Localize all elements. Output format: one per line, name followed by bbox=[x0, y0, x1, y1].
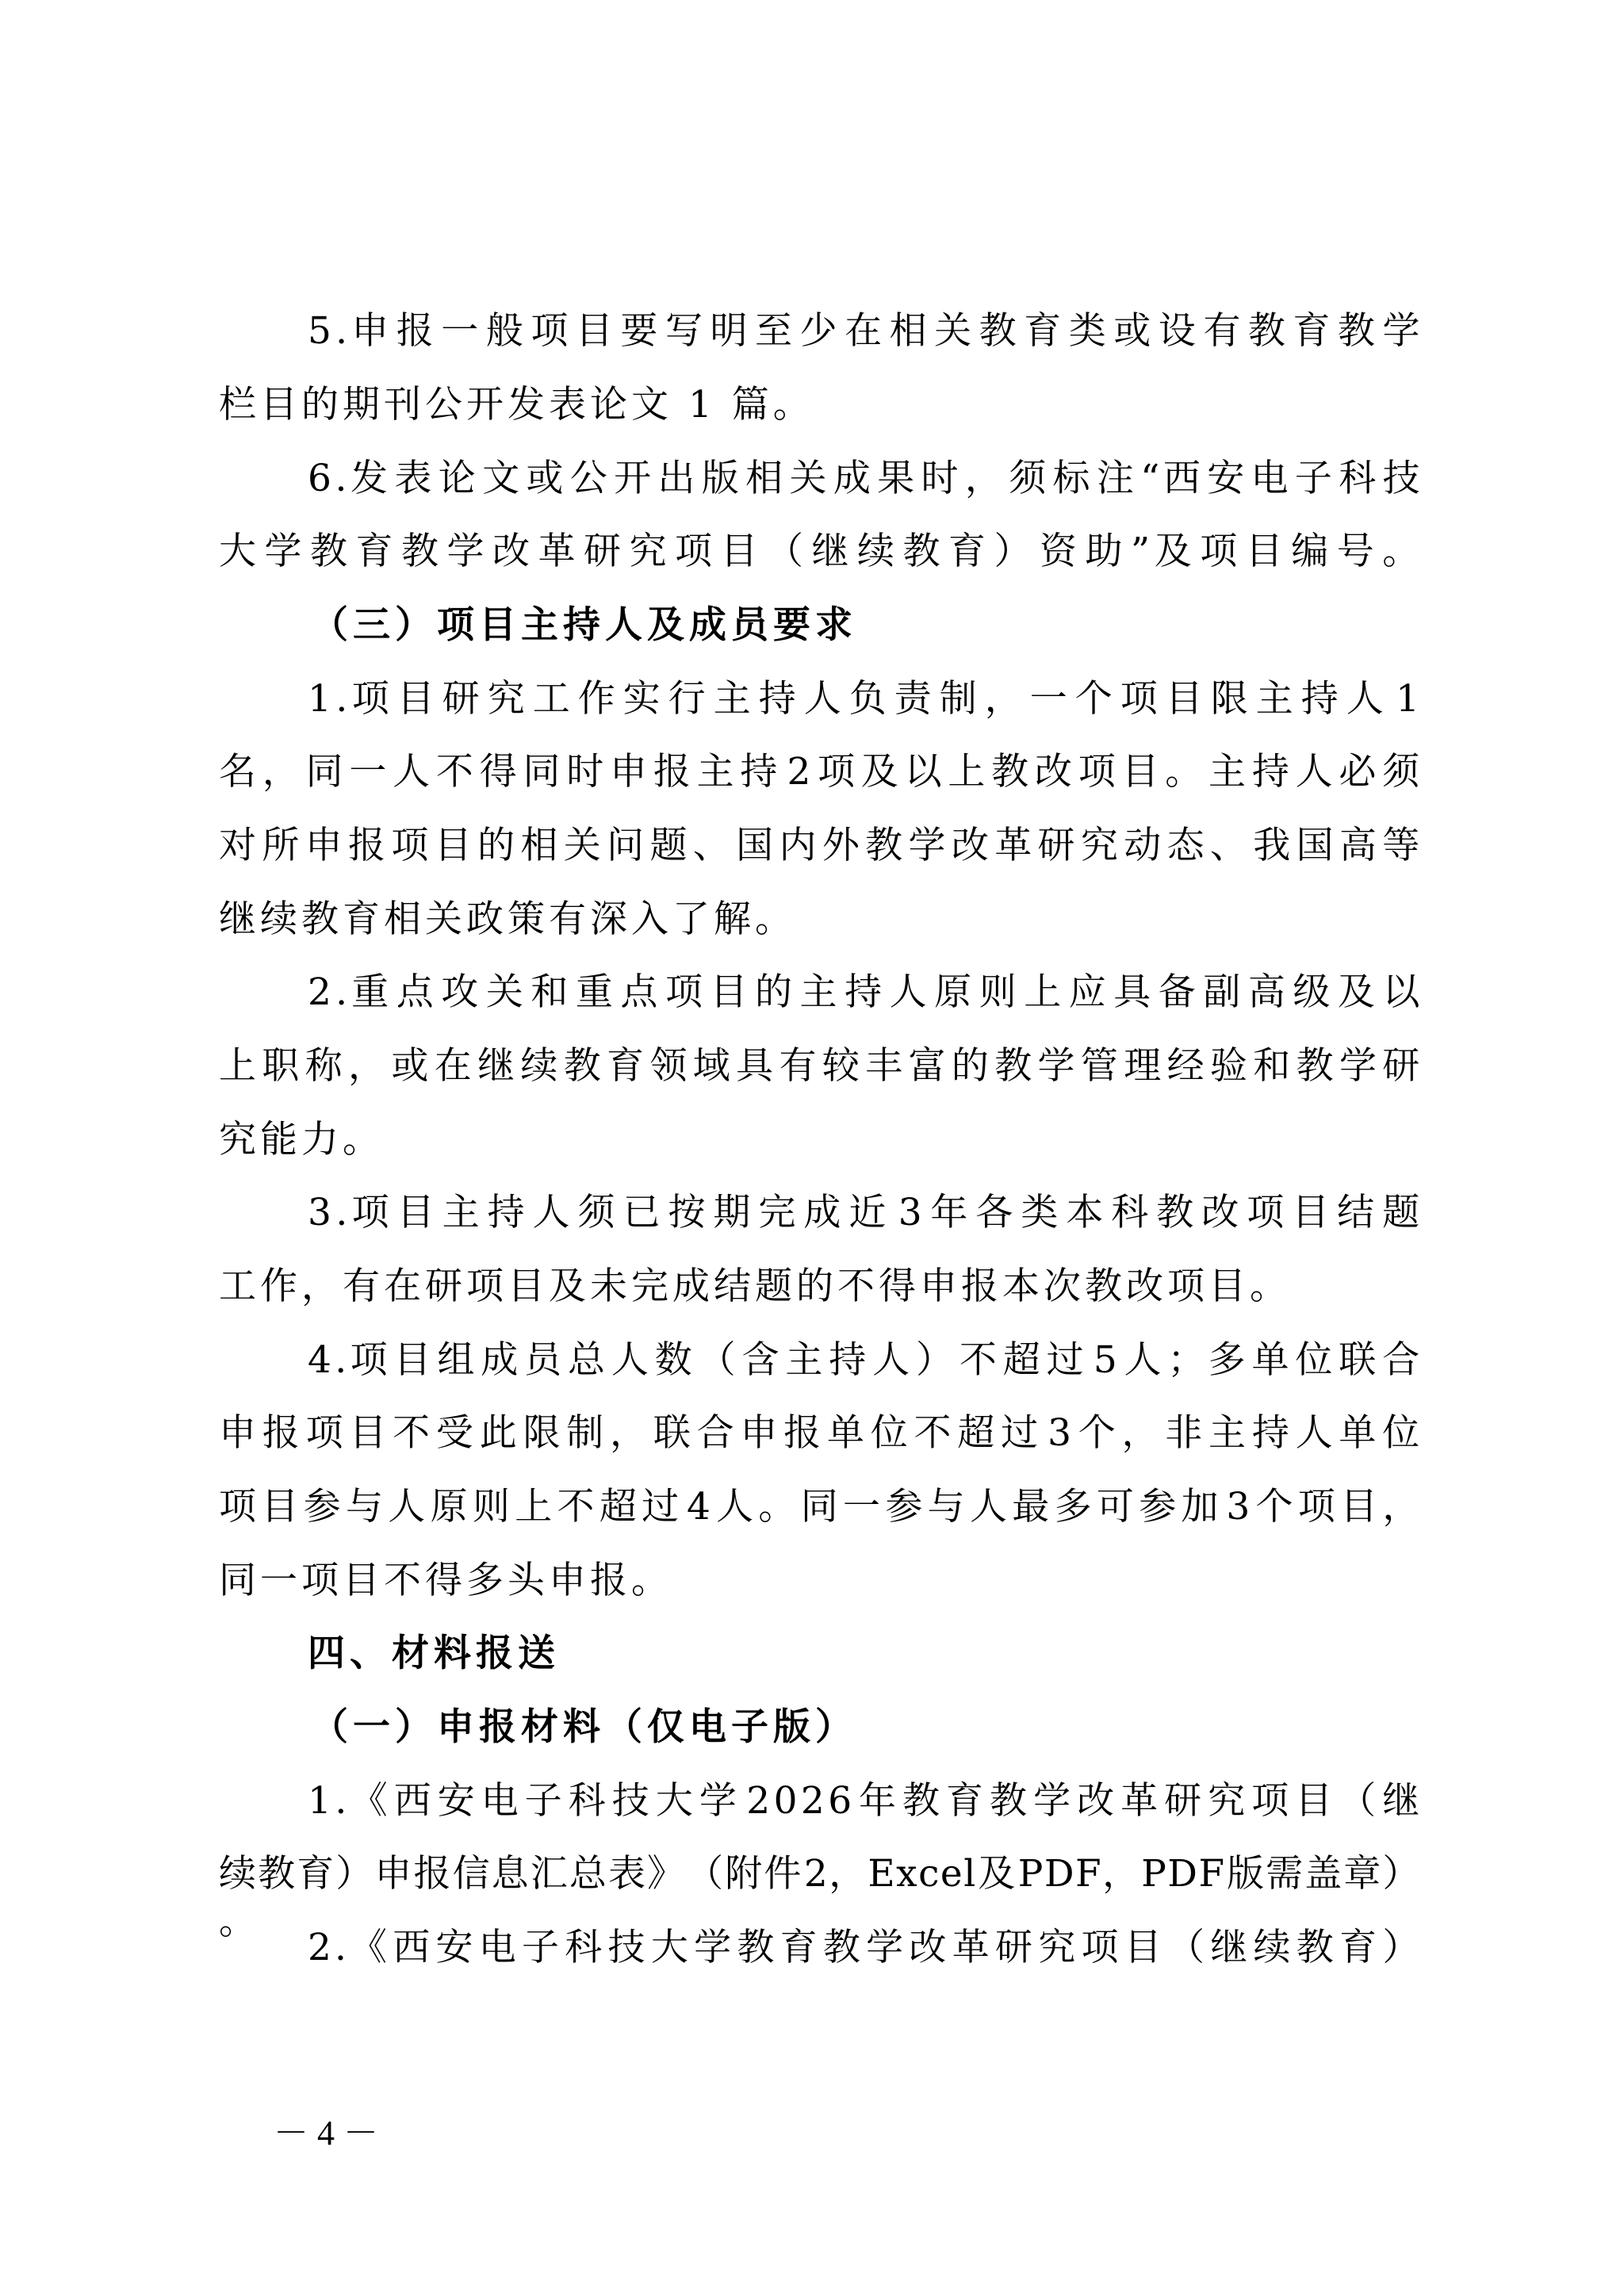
page-number: － 4 － bbox=[274, 2113, 378, 2154]
paragraph-line: 同一项目不得多头申报。 bbox=[219, 1557, 1419, 1605]
paragraph-line: 5​ .​ 申​ 报​ 一​ 般​ 项​ 目​ 要​ 写​ 明​ 至​ 少​ 在… bbox=[308, 308, 1419, 355]
section-heading: （一）申报材料（仅电子版） bbox=[311, 1704, 1419, 1751]
paragraph-line: 1​ .​ 《​ 西​ 安​ 电​ 子​ 科​ 技​ 大​ 学​ ​ 2​ 0​… bbox=[308, 1777, 1419, 1825]
paragraph-line: 继续教育相关政策有深入了解。 bbox=[219, 896, 1419, 943]
paragraph-line: 大​ 学​ 教​ 育​ 教​ 学​ 改​ 革​ 研​ 究​ 项​ 目​ （​ 继… bbox=[219, 528, 1419, 576]
paragraph-line: 申​ 报​ 项​ 目​ 不​ 受​ 此​ 限​ 制​ ，​ 联​ 合​ 申​ 报… bbox=[219, 1410, 1419, 1457]
paragraph-line: 6​ .​ 发​ 表​ 论​ 文​ 或​ 公​ 开​ 出​ 版​ 相​ 关​ 成… bbox=[308, 455, 1419, 503]
paragraph-line: 栏目的期刊公开发表论文 1 篇。 bbox=[219, 381, 1419, 429]
paragraph-line: 究能力。 bbox=[219, 1116, 1419, 1164]
paragraph-line: 上​ 职​ 称​ ，​ 或​ 在​ 继​ 续​ 教​ 育​ 领​ 域​ 具​ 有… bbox=[219, 1043, 1419, 1090]
paragraph-line: 续​ 教​ 育​ ）​ 申​ 报​ 信​ 息​ 汇​ 总​ 表​ 》​ （​ 附… bbox=[219, 1850, 1419, 1898]
paragraph-line: 对​ 所​ 申​ 报​ 项​ 目​ 的​ 相​ 关​ 问​ 题​ 、​ 国​ 内… bbox=[219, 822, 1419, 870]
paragraph-line: 4​ .​ 项​ 目​ 组​ 成​ 员​ 总​ 人​ 数​ （​ 含​ 主​ 持… bbox=[308, 1337, 1419, 1384]
paragraph-line: 工作，有在研项目及未完成结题的不得申报本次教改项目。 bbox=[219, 1263, 1419, 1311]
paragraph-line: 1​ .​ 项​ 目​ 研​ 究​ 工​ 作​ 实​ 行​ 主​ 持​ 人​ 负… bbox=[308, 675, 1419, 723]
paragraph-line: 2​ .​ 重​ 点​ 攻​ 关​ 和​ 重​ 点​ 项​ 目​ 的​ 主​ 持… bbox=[308, 969, 1419, 1016]
paragraph-line: 项​ 目​ 参​ 与​ 人​ 原​ 则​ 上​ 不​ 超​ 过​ ​ 4​ ​ … bbox=[219, 1483, 1419, 1531]
paragraph-line: 2​ .​ 《​ 西​ 安​ 电​ 子​ 科​ 技​ 大​ 学​ 教​ 育​ 教… bbox=[308, 1924, 1419, 1972]
document-page: 5​ .​ 申​ 报​ 一​ 般​ 项​ 目​ 要​ 写​ 明​ 至​ 少​ 在… bbox=[0, 0, 1624, 2296]
chapter-heading: 四、材料报送 bbox=[308, 1630, 1419, 1678]
paragraph-line: 名​ ，​ 同​ 一​ 人​ 不​ 得​ 同​ 时​ 申​ 报​ 主​ 持​ ​… bbox=[219, 748, 1419, 796]
paragraph-line: 3​ .​ 项​ 目​ 主​ 持​ 人​ 须​ 已​ 按​ 期​ 完​ 成​ 近… bbox=[308, 1189, 1419, 1237]
section-heading: （三）项目主持人及成员要求 bbox=[311, 602, 1419, 649]
